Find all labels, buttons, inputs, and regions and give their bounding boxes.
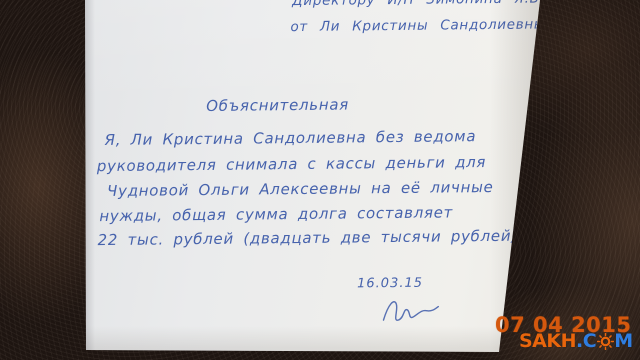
- handwritten-text: Директору И/П Зимонина Я.В. от Ли Кристи…: [0, 0, 640, 360]
- watermark-text-m: M: [614, 330, 632, 352]
- watermark-text-dot-c: .C: [576, 330, 596, 352]
- sakhcom-watermark: SAKH.C M: [519, 330, 633, 352]
- body-line: руководителя снимала с кассы деньги для: [97, 153, 486, 175]
- signature: [379, 296, 441, 329]
- document-title: Объяснительная: [206, 95, 349, 114]
- document-date: 16.03.15: [357, 276, 423, 292]
- body-line: Чудновой Ольги Алексеевны на её личные: [107, 178, 494, 200]
- addressee-line: Директору И/П Зимонина Я.В.: [292, 0, 545, 9]
- watermark-text-sakh: SAKH: [519, 330, 576, 352]
- photo-background: Директору И/П Зимонина Я.В. от Ли Кристи…: [0, 0, 640, 360]
- sender-line: от Ли Кристины Сандолиевны: [290, 16, 545, 35]
- body-line: 22 тыс. рублей (двадцать две тысячи рубл…: [98, 227, 518, 249]
- sun-icon: [597, 333, 614, 350]
- body-line: Я, Ли Кристина Сандолиевна без ведома: [104, 127, 476, 149]
- body-line: нужды, общая сумма долга составляет: [99, 203, 453, 225]
- paper-sheet: Директору И/П Зимонина Я.В. от Ли Кристи…: [0, 0, 640, 360]
